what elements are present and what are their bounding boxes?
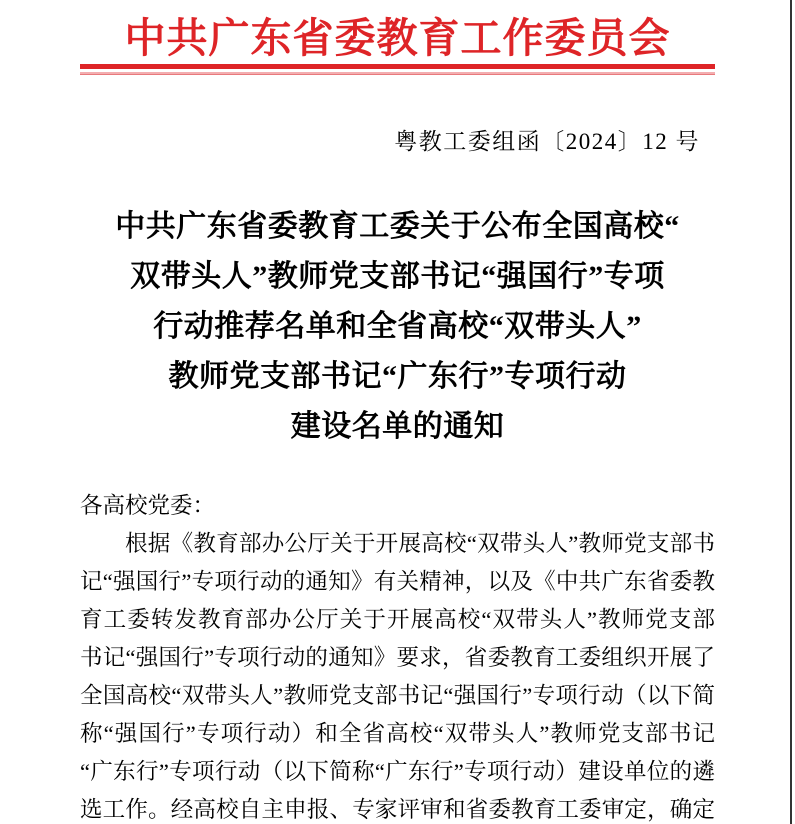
title-line-1: 中共广东省委教育工委关于公布全国高校“ [80, 202, 715, 252]
page-right-edge-line [790, 0, 792, 824]
body-line-1: 根据《教育部办公厅关于开展高校“双带头人”教师党支部书 [80, 525, 715, 563]
title-line-4: 教师党支部书记“广东行”专项行动 [80, 352, 715, 402]
title-line-3: 行动推荐名单和全省高校“双带头人” [80, 302, 715, 352]
body-line-5: 全国高校“双带头人”教师党支部书记“强国行”专项行动（以下简 [80, 677, 715, 715]
body-line-2: 记“强国行”专项行动的通知》有关精神，以及《中共广东省委教 [80, 563, 715, 601]
body-line-8: 选工作。经高校自主申报、专家评审和省委教育工委审定，确定 [80, 791, 715, 824]
body-line-7: “广东行”专项行动（以下简称“广东行”专项行动）建设单位的遴 [80, 753, 715, 791]
letterhead-org-name: 中共广东省委教育工作委员会 [80, 0, 715, 64]
title-line-5: 建设名单的通知 [80, 402, 715, 452]
document-body: 各高校党委： 根据《教育部办公厅关于开展高校“双带头人”教师党支部书 记“强国行… [80, 487, 715, 824]
letterhead-separator [80, 64, 715, 75]
document-title: 中共广东省委教育工委关于公布全国高校“ 双带头人”教师党支部书记“强国行”专项 … [80, 202, 715, 452]
title-line-2: 双带头人”教师党支部书记“强国行”专项 [80, 252, 715, 302]
body-line-3: 育工委转发教育部办公厅关于开展高校“双带头人”教师党支部 [80, 601, 715, 639]
body-line-4: 书记“强国行”专项行动的通知》要求，省委教育工委组织开展了 [80, 639, 715, 677]
salutation: 各高校党委： [80, 487, 715, 525]
separator-thin-line [80, 74, 715, 75]
document-page: 中共广东省委教育工作委员会 粤教工委组函〔2024〕12 号 中共广东省委教育工… [0, 0, 795, 824]
body-line-6: 称“强国行”专项行动）和全省高校“双带头人”教师党支部书记 [80, 715, 715, 753]
document-number: 粤教工委组函〔2024〕12 号 [80, 127, 715, 157]
